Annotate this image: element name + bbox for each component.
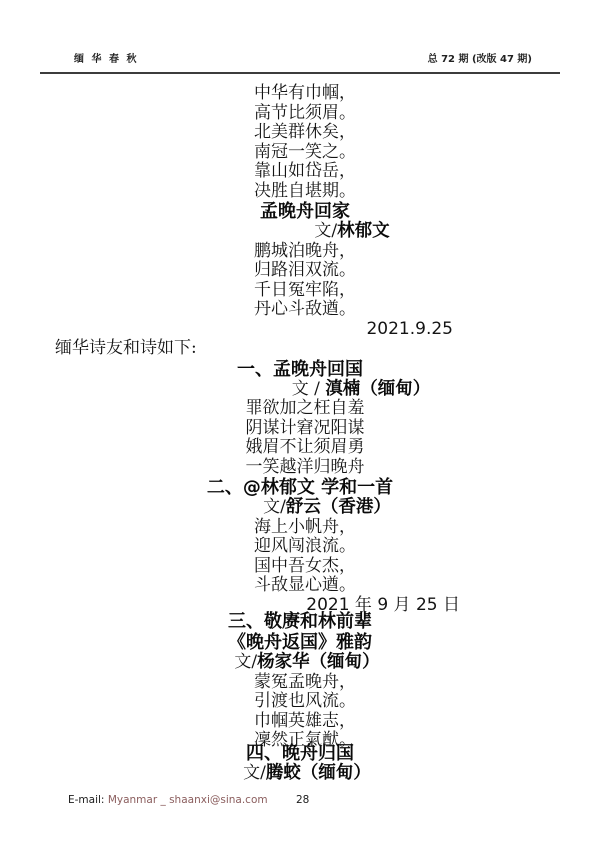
section-title: 二、@林郁文 学和一首 — [0, 477, 600, 498]
poem-line: 蒙冤孟晚舟， — [5, 673, 600, 693]
poem-title: 孟晚舟回家 — [5, 201, 600, 222]
page-number: 28 — [296, 794, 309, 806]
author-name: 滇楠（缅甸） — [325, 379, 430, 399]
email-label: E-mail: — [68, 794, 104, 806]
author-name: 林郁文 — [337, 221, 390, 241]
section-title: 三、敬赓和林前辈 — [0, 611, 600, 632]
byline-prefix: 文/ — [243, 763, 266, 783]
poem-line: 高节比须眉。 — [5, 104, 600, 124]
page-header: 缅 华 春 秋 总 72 期 (改版 47 期) — [40, 50, 560, 74]
poem-line: 中华有巾帼， — [5, 84, 600, 104]
author-name: 舒云（香港） — [286, 497, 391, 517]
issue-number: 总 72 期 (改版 47 期) — [428, 50, 532, 65]
poem-line: 迎风闯浪流。 — [5, 537, 600, 557]
reply-intro-text: 缅华诗友和诗如下: — [0, 339, 600, 359]
document-page: 缅 华 春 秋 总 72 期 (改版 47 期) 中华有巾帼， 高节比须眉。 北… — [0, 0, 600, 848]
poem-line: 罪欲加之枉自羞 — [5, 399, 600, 419]
email-address-link[interactable]: Myanmar _ shaanxi@sina.com — [108, 794, 268, 806]
poem-line: 阴谋计窘况阳谋 — [5, 419, 600, 439]
poem-date: 2021.9.25 — [0, 320, 600, 340]
poem-line: 一笑越洋归晚舟 — [5, 458, 600, 478]
poem-line: 斗敌显心遒。 — [5, 576, 600, 596]
journal-title: 缅 华 春 秋 — [74, 50, 138, 65]
poem-line: 海上小帆舟， — [5, 518, 600, 538]
byline-prefix: 文/ — [263, 497, 286, 517]
section-title: 一、孟晚舟回国 — [0, 359, 600, 380]
poem-line: 引渡也风流。 — [5, 692, 600, 712]
page-footer: E-mail: Myanmar _ shaanxi@sina.com 28 — [0, 794, 600, 810]
poem-line: 千日冤牢陷， — [5, 281, 600, 301]
poem-line: 国中吾女杰， — [5, 557, 600, 577]
section-subtitle: 《晚舟返国》雅韵 — [0, 632, 600, 653]
poem-line: 娥眉不让须眉勇 — [5, 438, 600, 458]
poem-line: 丹心斗敌遒。 — [5, 300, 600, 320]
poem-line: 靠山如岱岳， — [5, 162, 600, 182]
poem-line: 归路泪双流。 — [5, 261, 600, 281]
byline: 文/杨家华（缅甸） — [7, 653, 600, 673]
footer-email: E-mail: Myanmar _ shaanxi@sina.com — [68, 794, 268, 806]
author-name: 腾蛟（缅甸） — [266, 763, 371, 783]
byline: 文 / 滇楠（缅甸） — [61, 380, 600, 400]
byline: 文/舒云（香港） — [27, 498, 600, 518]
poem-line: 南冠一笑之。 — [5, 143, 600, 163]
byline: 文/腾蛟（缅甸） — [7, 764, 600, 784]
poem-line: 凜然正氣猷。 — [5, 731, 600, 751]
poem-line: 北美群休矣， — [5, 123, 600, 143]
byline-prefix: 文 / — [292, 379, 326, 399]
page-body: 中华有巾帼， 高节比须眉。 北美群休矣， 南冠一笑之。 靠山如岱岳， 决胜自堪期… — [0, 84, 600, 783]
author-name: 杨家华（缅甸） — [257, 652, 380, 672]
byline-prefix: 文/ — [314, 221, 337, 241]
byline-prefix: 文/ — [234, 652, 257, 672]
poem-line: 决胜自堪期。 — [5, 182, 600, 202]
poem-line: 巾帼英雄志， — [5, 712, 600, 732]
poem-line: 鹏城泊晚舟， — [5, 242, 600, 262]
byline: 文/林郁文 — [52, 222, 600, 242]
